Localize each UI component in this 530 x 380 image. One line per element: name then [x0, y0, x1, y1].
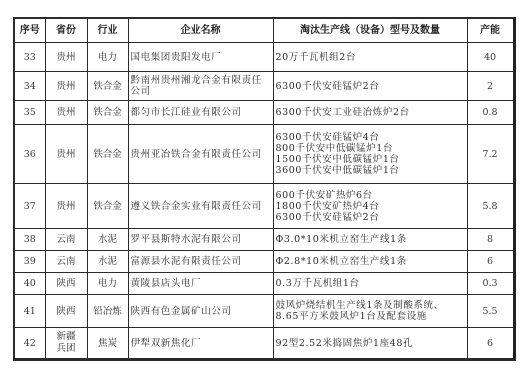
equipment-line: 1800千伏安矿热炉4台	[276, 201, 465, 212]
cell-equipment: 20万千瓦机组2台	[273, 43, 467, 72]
cell-province: 贵州	[45, 184, 87, 229]
table-row: 37 贵州 铁合金 遵义铁合金实业有限责任公司 600千伏安矿热炉6台 1800…	[14, 184, 514, 229]
cell-company: 罗平县斯特水泥有限公司	[128, 229, 273, 251]
table-row: 40 陕西 电力 黄陵县店头电厂 0.3万千瓦机组1台 0.3	[14, 273, 514, 295]
cell-equipment: Φ3.0*10米机立窑生产线1条	[273, 229, 467, 251]
cell-capacity: 7.2	[467, 125, 514, 184]
cell-capacity: 5.5	[467, 295, 514, 328]
cell-capacity: 8	[467, 229, 514, 251]
cell-industry: 电力	[87, 43, 128, 72]
cell-company: 遵义铁合金实业有限责任公司	[128, 184, 273, 229]
table-row: 41 陕西 铅冶炼 陕西有色金属矿山公司 鼓风炉烧结机生产线1条及制酸系统、 8…	[14, 295, 514, 328]
table-header-row: 序号 省份 行业 企业名称 淘汰生产线（设备）型号及数量 产能	[14, 18, 514, 43]
table-row: 36 贵州 铁合金 贵州亚冶铁合金有限责任公司 6300千伏安硅锰炉4台 800…	[14, 125, 514, 184]
cell-province: 贵州	[45, 43, 87, 72]
cell-capacity: 0.3	[467, 273, 514, 295]
header-company: 企业名称	[128, 18, 273, 43]
equipment-line: 6300千伏安硅锰炉2台	[276, 81, 465, 92]
cell-company: 贵州亚冶铁合金有限责任公司	[128, 125, 273, 184]
cell-no: 41	[14, 295, 45, 328]
cell-province: 陕西	[45, 295, 87, 328]
cell-province: 新疆 兵团	[45, 328, 87, 360]
province-line: 新疆	[48, 331, 85, 343]
equipment-line: 92型2.52米捣固焦炉1座48孔	[276, 338, 465, 349]
cell-province: 云南	[45, 229, 87, 251]
cell-industry: 水泥	[87, 229, 128, 251]
header-no: 序号	[14, 18, 45, 43]
cell-company: 陕西有色金属矿山公司	[128, 295, 273, 328]
cell-capacity: 40	[467, 43, 514, 72]
cell-no: 39	[14, 251, 45, 273]
cell-province: 云南	[45, 251, 87, 273]
cell-industry: 水泥	[87, 251, 128, 273]
equipment-line: 1500千伏安中低碳锰炉1台	[276, 154, 465, 165]
cell-company: 富源县水泥有限责任公司	[128, 251, 273, 273]
cell-province: 贵州	[45, 101, 87, 125]
cell-company: 黔南州贵州湘龙合金有限责任公司	[128, 72, 273, 101]
cell-no: 40	[14, 273, 45, 295]
equipment-line: 6300千伏安工业硅冶炼炉2台	[276, 107, 465, 118]
cell-no: 37	[14, 184, 45, 229]
cell-industry: 铁合金	[87, 125, 128, 184]
cell-company: 伊犁双新焦化厂	[128, 328, 273, 360]
cell-industry: 铁合金	[87, 72, 128, 101]
cell-equipment: 6300千伏安硅锰炉4台 800千伏安中低碳锰炉1台 1500千伏安中低碳锰炉1…	[273, 125, 467, 184]
cell-no: 42	[14, 328, 45, 360]
cell-province: 贵州	[45, 125, 87, 184]
table-row: 33 贵州 电力 国电集团贵阳发电厂 20万千瓦机组2台 40	[14, 43, 514, 72]
cell-company: 都匀市长江硅业有限公司	[128, 101, 273, 125]
cell-equipment: Φ2.8*10米机立窑生产线1条	[273, 251, 467, 273]
cell-industry: 铁合金	[87, 101, 128, 125]
cell-no: 34	[14, 72, 45, 101]
cell-industry: 焦炭	[87, 328, 128, 360]
cell-capacity: 2	[467, 72, 514, 101]
equipment-line: 800千伏安中低碳锰炉1台	[276, 143, 465, 154]
equipment-line: 6300千伏安硅锰炉4台	[276, 132, 465, 143]
cell-no: 36	[14, 125, 45, 184]
cell-province: 陕西	[45, 273, 87, 295]
cell-equipment: 6300千伏安工业硅冶炼炉2台	[273, 101, 467, 125]
equipment-line: 3600千伏安中低碳锰炉1台	[276, 165, 465, 176]
cell-equipment: 鼓风炉烧结机生产线1条及制酸系统、 8.65平方米鼓风炉1台及配套设施	[273, 295, 467, 328]
cell-province: 贵州	[45, 72, 87, 101]
table-row: 42 新疆 兵团 焦炭 伊犁双新焦化厂 92型2.52米捣固焦炉1座48孔 6	[14, 328, 514, 360]
elimination-table: 序号 省份 行业 企业名称 淘汰生产线（设备）型号及数量 产能 33 贵州 电力…	[13, 17, 516, 361]
cell-no: 38	[14, 229, 45, 251]
table-row: 39 云南 水泥 富源县水泥有限责任公司 Φ2.8*10米机立窑生产线1条 6	[14, 251, 514, 273]
cell-company: 黄陵县店头电厂	[128, 273, 273, 295]
cell-equipment: 92型2.52米捣固焦炉1座48孔	[273, 328, 467, 360]
cell-industry: 电力	[87, 273, 128, 295]
equipment-line: 6300千伏安硅锰炉2台	[276, 212, 465, 223]
equipment-line: 20万千瓦机组2台	[276, 52, 465, 63]
equipment-line: 600千伏安矿热炉6台	[276, 190, 465, 201]
cell-industry: 铁合金	[87, 184, 128, 229]
cell-capacity: 6	[467, 251, 514, 273]
equipment-line: 0.3万千瓦机组1台	[276, 278, 465, 289]
cell-equipment: 6300千伏安硅锰炉2台	[273, 72, 467, 101]
equipment-line: 鼓风炉烧结机生产线1条及制酸系统、	[276, 300, 465, 311]
table-row: 35 贵州 铁合金 都匀市长江硅业有限公司 6300千伏安工业硅冶炼炉2台 0.…	[14, 101, 514, 125]
province-line: 兵团	[48, 343, 85, 355]
header-capacity: 产能	[467, 18, 514, 43]
cell-company: 国电集团贵阳发电厂	[128, 43, 273, 72]
equipment-line: Φ3.0*10米机立窑生产线1条	[276, 234, 465, 245]
cell-capacity: 6	[467, 328, 514, 360]
cell-no: 35	[14, 101, 45, 125]
cell-no: 33	[14, 43, 45, 72]
header-industry: 行业	[87, 18, 128, 43]
cell-equipment: 0.3万千瓦机组1台	[273, 273, 467, 295]
header-equipment: 淘汰生产线（设备）型号及数量	[273, 18, 467, 43]
cell-equipment: 600千伏安矿热炉6台 1800千伏安矿热炉4台 6300千伏安硅锰炉2台	[273, 184, 467, 229]
cell-capacity: 5.8	[467, 184, 514, 229]
table-row: 38 云南 水泥 罗平县斯特水泥有限公司 Φ3.0*10米机立窑生产线1条 8	[14, 229, 514, 251]
cell-capacity: 0.8	[467, 101, 514, 125]
equipment-line: 8.65平方米鼓风炉1台及配套设施	[276, 311, 465, 322]
header-province: 省份	[45, 18, 87, 43]
cell-industry: 铅冶炼	[87, 295, 128, 328]
equipment-line: Φ2.8*10米机立窑生产线1条	[276, 256, 465, 267]
table-row: 34 贵州 铁合金 黔南州贵州湘龙合金有限责任公司 6300千伏安硅锰炉2台 2	[14, 72, 514, 101]
